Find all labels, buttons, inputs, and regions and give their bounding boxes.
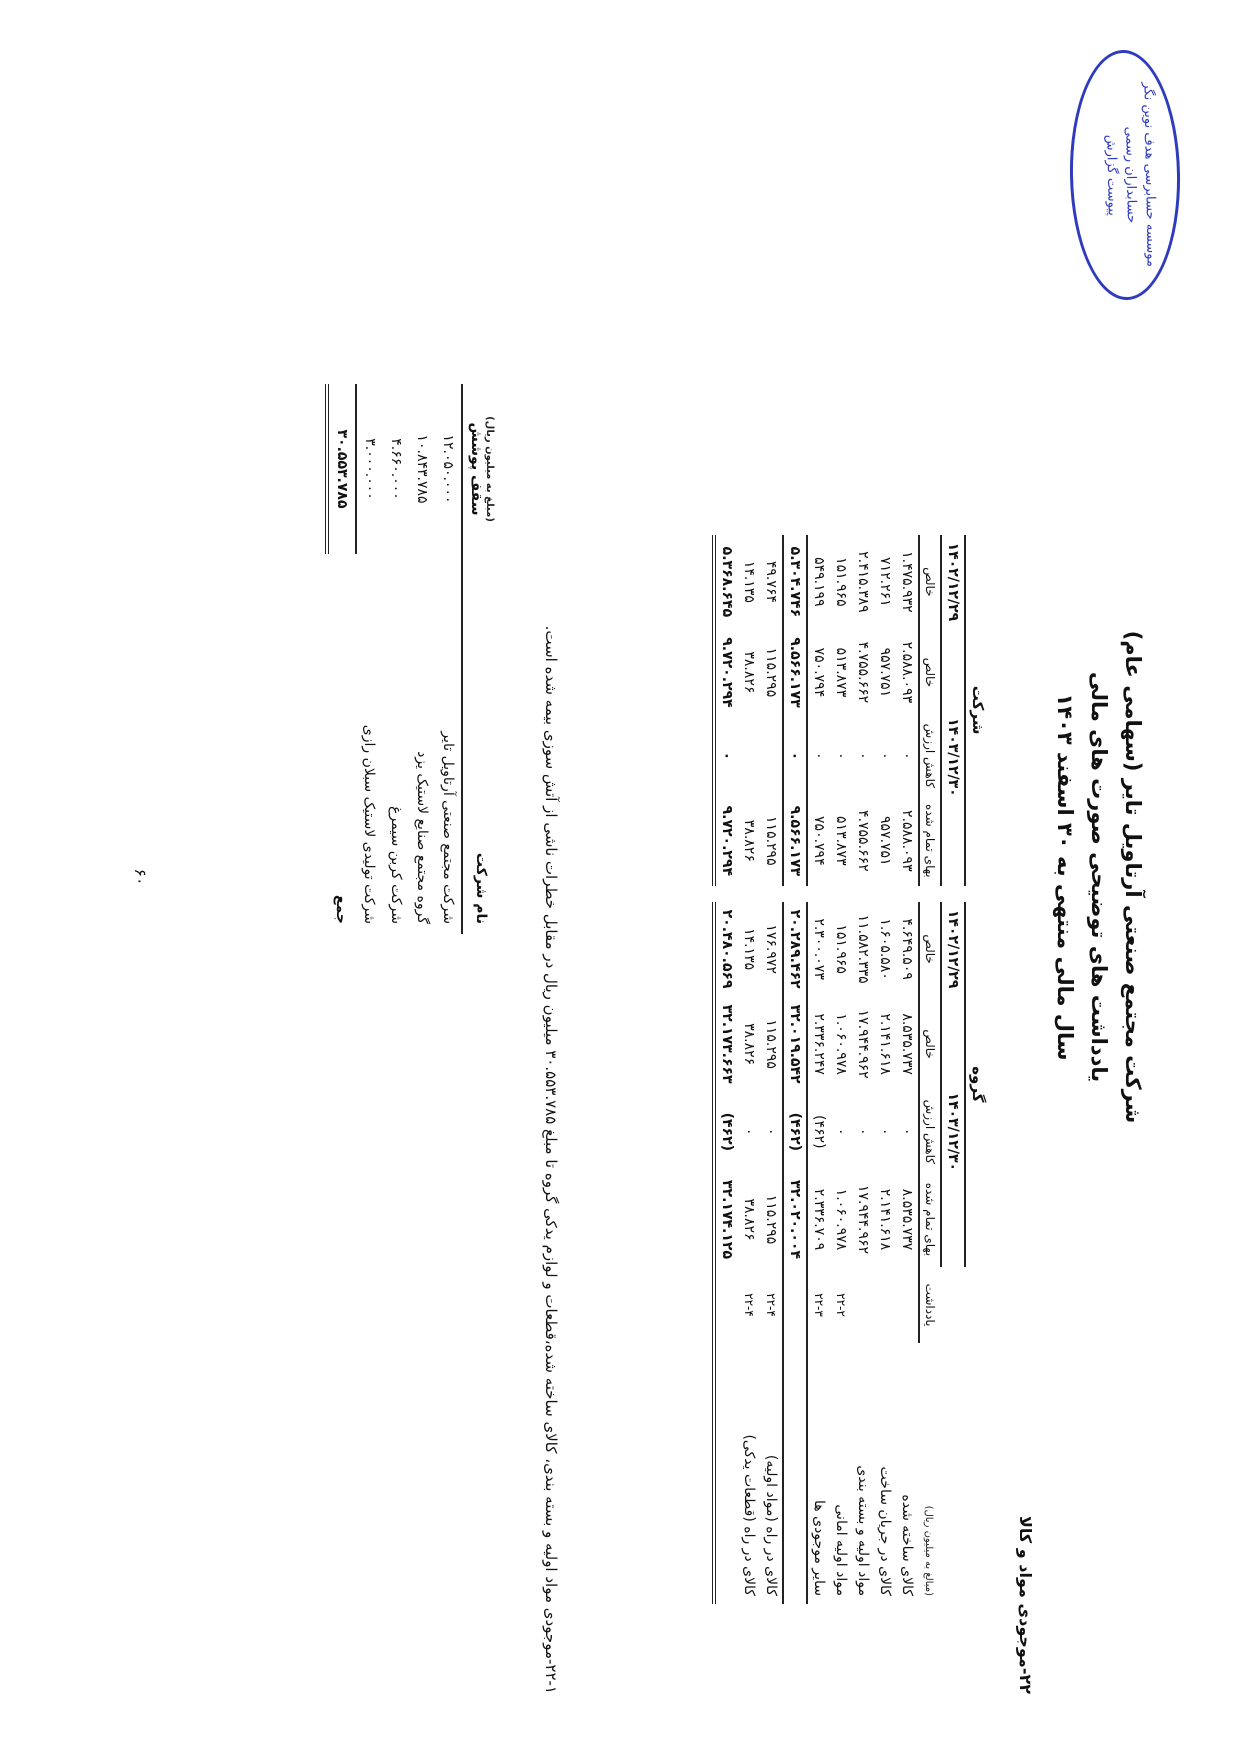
inventory-table: گروه شرکت ۱۴۰۳/۱۲/۳۰ ۱۴۰۲/۱۲/۲۹ ۱۴۰۳/۱۲/…	[712, 535, 990, 1604]
row-label: مواد اولیه امانی	[830, 1343, 852, 1604]
row-label: کالای در جریان ساخت	[874, 1343, 896, 1604]
amount-cell: ۱۱۵.۲۹۵	[760, 629, 783, 715]
amount-cell: ۱۱.۵۸۲.۳۳۵	[852, 902, 874, 997]
amount-cell: ۷۱۲.۲۶۱	[874, 535, 896, 630]
table-row: گروه مجتمع صنایع لاستیک یزد۱۰.۸۴۳.۷۸۵	[409, 384, 435, 934]
amount-cell: ۰	[714, 716, 738, 796]
note-ref	[874, 1267, 896, 1343]
amount-cell: ۲.۴۱۵.۳۸۹	[852, 535, 874, 630]
total-amount: ۳۰.۵۵۳.۷۸۵	[327, 384, 356, 554]
table-row: مواد اولیه و بسته بندی۱۷.۹۴۴.۹۶۲۰۱۷.۹۴۴.…	[852, 535, 874, 1604]
company-date-prior: ۱۴۰۲/۱۲/۲۹	[941, 535, 965, 630]
col-net: خالص	[919, 629, 941, 715]
note-ref: ۲۲-۴	[738, 1267, 760, 1343]
total-row: ۳۲.۱۷۴.۱۲۵(۴۶۲)۳۲.۱۷۳.۶۶۳۲۰.۴۸۰.۵۶۹۹.۷۲۰…	[714, 535, 738, 1604]
col-net: خالص	[919, 997, 941, 1092]
col-net-prior: خالص	[919, 535, 941, 630]
amount-cell: ۰	[896, 716, 919, 796]
amount-cell: ۰	[807, 716, 830, 796]
amount-cell: ۱۱۵.۲۹۵	[760, 1172, 783, 1267]
amount-cell: ۸.۵۳۵.۷۳۷	[896, 1172, 919, 1267]
amount-cell: ۵.۳۰۴.۷۴۶	[783, 535, 807, 630]
note-ref: ۲۲-۳	[807, 1267, 830, 1343]
note-ref	[852, 1267, 874, 1343]
amount-cell: ۰	[760, 1092, 783, 1172]
coverage-amount: ۳.۰۰۰.۰۰۰	[356, 384, 383, 554]
amount-cell: ۲.۳۳۶.۲۴۷	[807, 997, 830, 1092]
amount-cell: ۸.۵۳۵.۷۳۷	[896, 997, 919, 1092]
col-net-prior: خالص	[919, 902, 941, 997]
amount-cell: ۱۷.۹۴۴.۹۶۲	[852, 997, 874, 1092]
amount-cell: (۴۶۲)	[783, 1092, 807, 1172]
amount-cell: ۷۵۰.۷۹۴	[807, 629, 830, 715]
insurance-coverage-table: نام شرکت (مبلغ به میلیون ریال) سقف پوشش …	[325, 384, 500, 934]
amount-cell: ۱۱۵.۲۹۵	[760, 796, 783, 886]
row-label: کالای ساخته شده	[896, 1343, 919, 1604]
company-name: گروه مجتمع صنایع لاستیک یزد	[409, 554, 435, 934]
note-title: ۲۲-موجودی مواد و کالا	[1016, 1516, 1035, 1694]
amount-cell: ۱.۰۶۰.۹۷۸	[830, 1172, 852, 1267]
amount-cell: ۹.۵۶۶.۱۷۳	[783, 796, 807, 886]
amount-cell: ۳۲.۰۱۹.۵۴۲	[783, 997, 807, 1092]
amount-cell: ۳۸.۸۲۶	[738, 796, 760, 886]
amount-cell: ۹.۷۲۰.۲۹۴	[714, 629, 738, 715]
group-date-current: ۱۴۰۳/۱۲/۳۰	[941, 997, 965, 1267]
coverage-unit-label: (مبلغ به میلیون ریال)	[484, 394, 495, 544]
amount-cell: ۹۵۷.۷۵۱	[874, 629, 896, 715]
rotated-document-page: شرکت مجتمع صنعتی آرتاویل تایر (سهامی عام…	[0, 0, 1240, 1754]
row-label	[714, 1343, 738, 1604]
table-row: شرکت مجتمع صنعتی آرتاویل تایر۱۲.۰۵۰.۰۰۰	[435, 384, 462, 934]
amount-cell: ۱۱۵.۲۹۵	[760, 997, 783, 1092]
table-row: شرکت تولیدی لاستیک سبلان رازی۳.۰۰۰.۰۰۰	[356, 384, 383, 934]
amount-cell: ۷۵۰.۷۹۴	[807, 796, 830, 886]
amount-cell: (۴۶۲)	[714, 1092, 738, 1172]
col-coverage-limit: سقف پوشش	[468, 394, 484, 544]
amount-cell: ۲.۵۸۸.۰۹۳	[896, 629, 919, 715]
note-ref: ۲۲-۴	[760, 1267, 783, 1343]
table-row: مواد اولیه امانی۲۲-۲۱.۰۶۰.۹۷۸۰۱.۰۶۰.۹۷۸۱…	[830, 535, 852, 1604]
amount-cell	[760, 716, 783, 796]
amount-cell: ۴.۷۵۵.۶۶۲	[852, 796, 874, 886]
amount-cell: ۰	[874, 1092, 896, 1172]
page-number: ۶۰	[131, 0, 150, 1754]
col-company-name: نام شرکت	[462, 554, 500, 934]
table-row: کالای در جریان ساخت۲.۱۴۱.۶۱۸۰۲.۱۴۱.۶۱۸۱.…	[874, 535, 896, 1604]
col-cost: بهای تمام شده	[919, 1172, 941, 1267]
amount-cell	[738, 716, 760, 796]
amount-cell: ۲.۳۰۰.۰۷۳	[807, 902, 830, 997]
amount-cell: ۱.۶۰۵.۵۸۰	[874, 902, 896, 997]
note-ref	[896, 1267, 919, 1343]
group-header: گروه	[965, 902, 990, 1267]
table-row: کالای در راه (مواد اولیه)۲۲-۴۱۱۵.۲۹۵۰۱۱۵…	[760, 535, 783, 1604]
amount-cell: ۲۰.۴۸۰.۵۶۹	[714, 902, 738, 997]
amount-cell: ۰	[830, 1092, 852, 1172]
amount-cell: ۰	[852, 1092, 874, 1172]
group-date-prior: ۱۴۰۲/۱۲/۲۹	[941, 902, 965, 997]
note-header: یادداشت	[919, 1267, 941, 1343]
table-row: سایر موجودی ها۲۲-۳۲.۳۳۶.۷۰۹(۴۶۲)۲.۳۳۶.۲۴…	[807, 535, 830, 1604]
stamp-line: موسسه حسابرسی هدف نوین نگر	[1138, 52, 1161, 296]
amount-cell: ۴.۷۵۵.۶۶۲	[852, 629, 874, 715]
amount-cell: ۰	[874, 716, 896, 796]
col-impairment: کاهش ارزش	[919, 716, 941, 796]
row-label: کالای در راه (مواد اولیه)	[760, 1343, 783, 1604]
coverage-amount: ۱۲.۰۵۰.۰۰۰	[435, 384, 462, 554]
table-row: کالای در راه (قطعات یدکی)۲۲-۴۳۸.۸۲۶۰۳۸.۸…	[738, 535, 760, 1604]
amount-cell: ۳۸.۸۲۶	[738, 629, 760, 715]
amount-cell: ۴۹.۷۶۴	[760, 535, 783, 630]
fiscal-period: سال مالی منتهی به ۳۰ اسفند ۱۴۰۳	[1048, 0, 1082, 1754]
amount-cell: ۱۴.۱۳۵	[738, 535, 760, 630]
amount-cell: (۴۶۲)	[807, 1092, 830, 1172]
amount-cell: ۰	[852, 716, 874, 796]
amount-cell: ۲.۱۴۱.۶۱۸	[874, 997, 896, 1092]
amount-cell: ۰	[783, 716, 807, 796]
amount-cell: ۵۱۳.۸۷۳	[830, 796, 852, 886]
amount-cell: ۵۴۹.۱۹۹	[807, 535, 830, 630]
amount-cell: ۴.۶۴۹.۵۰۹	[896, 902, 919, 997]
amount-cell: ۹۵۷.۷۵۱	[874, 796, 896, 886]
amount-cell: ۱۷۶.۹۷۲	[760, 902, 783, 997]
note-ref: ۲۲-۲	[830, 1267, 852, 1343]
company-name: شرکت تولیدی لاستیک سبلان رازی	[356, 554, 383, 934]
amount-cell: ۲.۳۳۶.۷۰۹	[807, 1172, 830, 1267]
amount-cell: ۱۵۱.۹۶۵	[830, 902, 852, 997]
row-label: سایر موجودی ها	[807, 1343, 830, 1604]
insurance-footnote: ۲۲-۱-موجودی مواد اولیه و بسته بندی، کالا…	[542, 626, 560, 1694]
amount-cell: ۹.۵۶۶.۱۷۳	[783, 629, 807, 715]
company-name: شرکت مجتمع صنعتی آرتاویل تایر	[435, 554, 462, 934]
row-label: کالای در راه (قطعات یدکی)	[738, 1343, 760, 1604]
amount-cell: ۳۸.۸۲۶	[738, 997, 760, 1092]
amount-cell: ۰	[738, 1092, 760, 1172]
total-row: جمع۳۰.۵۵۳.۷۸۵	[327, 384, 356, 934]
amount-cell: ۳۲.۱۷۳.۶۶۳	[714, 997, 738, 1092]
amount-cell: ۱۵۱.۹۶۵	[830, 535, 852, 630]
amount-cell: ۰	[830, 716, 852, 796]
amount-cell: ۱۷.۹۴۴.۹۶۲	[852, 1172, 874, 1267]
amount-cell: ۱.۰۶۰.۹۷۸	[830, 997, 852, 1092]
unit-label: (مبالغ به میلیون ریال)	[923, 1506, 934, 1596]
table-row: کالای ساخته شده۸.۵۳۵.۷۳۷۰۸.۵۳۵.۷۳۷۴.۶۴۹.…	[896, 535, 919, 1604]
amount-cell: ۵۱۳.۸۷۳	[830, 629, 852, 715]
note-ref	[714, 1267, 738, 1343]
col-impairment: کاهش ارزش	[919, 1092, 941, 1172]
amount-cell: ۱۴.۱۳۵	[738, 902, 760, 997]
coverage-amount: ۱۰.۸۴۳.۷۸۵	[409, 384, 435, 554]
coverage-amount: ۴.۶۶۰.۰۰۰	[383, 384, 409, 554]
amount-cell: ۹.۷۲۰.۲۹۴	[714, 796, 738, 886]
company-date-current: ۱۴۰۳/۱۲/۳۰	[941, 629, 965, 885]
row-label: مواد اولیه و بسته بندی	[852, 1343, 874, 1604]
table-row: شرکت کربن سیمرغ۴.۶۶۰.۰۰۰	[383, 384, 409, 934]
amount-cell: ۲۰.۲۸۹.۴۶۲	[783, 902, 807, 997]
note-ref	[783, 1267, 807, 1343]
total-label: جمع	[327, 554, 356, 934]
company-name: شرکت کربن سیمرغ	[383, 554, 409, 934]
company-header: شرکت	[965, 535, 990, 886]
amount-cell: ۵.۳۶۸.۶۴۵	[714, 535, 738, 630]
amount-cell: ۰	[896, 1092, 919, 1172]
amount-cell: ۲.۵۸۸.۰۹۳	[896, 796, 919, 886]
row-label	[783, 1343, 807, 1604]
amount-cell: ۳۲.۰۲۰.۰۰۴	[783, 1172, 807, 1267]
amount-cell: ۱.۴۷۵.۹۳۲	[896, 535, 919, 630]
amount-cell: ۳۸.۸۲۶	[738, 1172, 760, 1267]
subtotal-row: ۳۲.۰۲۰.۰۰۴(۴۶۲)۳۲.۰۱۹.۵۴۲۲۰.۲۸۹.۴۶۲۹.۵۶۶…	[783, 535, 807, 1604]
col-cost: بهای تمام شده	[919, 796, 941, 886]
amount-cell: ۳۲.۱۷۴.۱۲۵	[714, 1172, 738, 1267]
amount-cell: ۲.۱۴۱.۶۱۸	[874, 1172, 896, 1267]
